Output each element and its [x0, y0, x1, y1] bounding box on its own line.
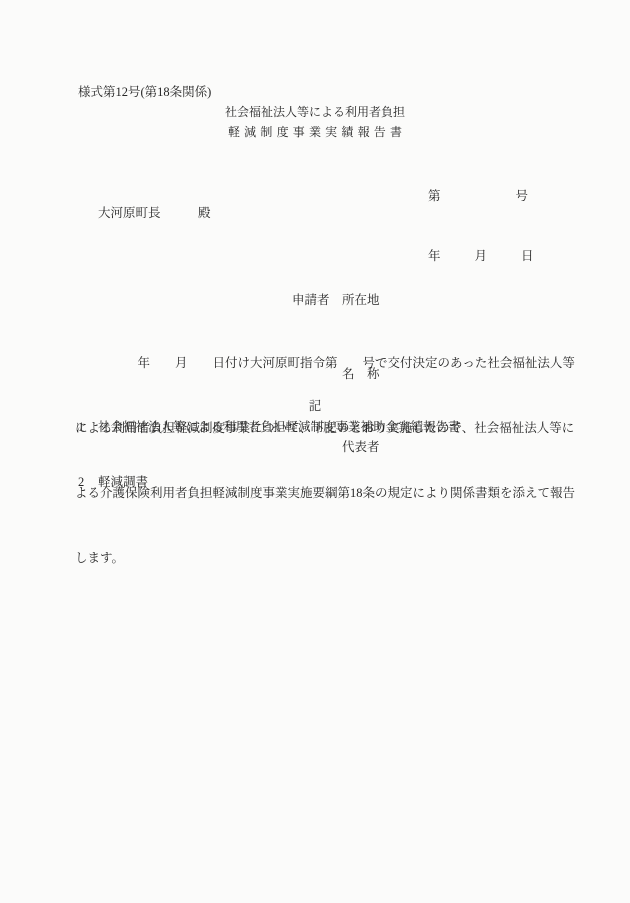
document-page: 様式第12号(第18条関係) 社会福祉法人等による利用者負担 軽減制度事業実績報…: [0, 0, 630, 903]
document-title-line2: 軽減制度事業実績報告書: [0, 122, 630, 142]
body-paragraph: 年 月 日付け大河原町指令第 号で交付決定のあった社会福祉法人等 による利用者負…: [75, 310, 585, 612]
body-line-1: 年 月 日付け大河原町指令第 号で交付決定のあった社会福祉法人等: [75, 353, 585, 375]
list-item-2: 2軽減調書: [78, 472, 148, 490]
item-number: 2: [78, 475, 98, 490]
document-number-line: 第 号: [428, 186, 537, 206]
document-number-block: 第 号 年 月 日: [428, 146, 537, 306]
applicant-location-line: 申請者 所在地: [292, 288, 380, 313]
list-item-1: 1社会福祉法人等による利用者負担軽減制度事業補助金実績報告書: [78, 417, 461, 435]
item-number: 1: [78, 420, 98, 435]
addressee-line: 大河原町長 殿: [98, 203, 211, 221]
body-line-3: よる介護保険利用者負担軽減制度事業実施要綱第18条の規定により関係書類を添えて報…: [75, 483, 585, 505]
document-title: 社会福祉法人等による利用者負担 軽減制度事業実績報告書: [0, 102, 630, 142]
form-number: 様式第12号(第18条関係): [78, 82, 211, 100]
list-heading-ki: 記: [0, 396, 630, 414]
item-text: 社会福祉法人等による利用者負担軽減制度事業補助金実績報告書: [98, 420, 461, 434]
document-title-line1: 社会福祉法人等による利用者負担: [0, 102, 630, 122]
body-line-4: します。: [75, 548, 585, 570]
item-text: 軽減調書: [98, 475, 148, 489]
date-line: 年 月 日: [428, 246, 537, 266]
